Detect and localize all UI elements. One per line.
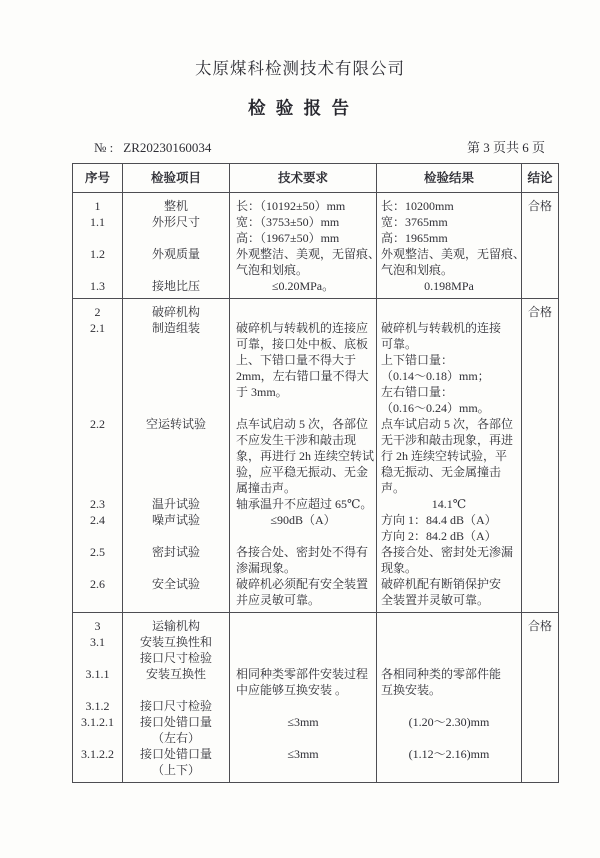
text-line: 高：1965mm xyxy=(377,230,521,246)
seq-cell: 22.12.22.32.42.52.6 xyxy=(73,299,123,612)
item-block: 破碎机配有断销保护安全装置并灵敏可靠。 xyxy=(377,576,521,608)
text-line: 气泡和划痕。 xyxy=(377,262,521,278)
text-line: 密封试验 xyxy=(123,544,229,560)
item-block: 3.1.1 xyxy=(73,666,122,698)
text-line: （0.14～0.18）mm； xyxy=(377,368,521,384)
text-line: 2.4 xyxy=(73,512,122,528)
text-line: 空运转试验 xyxy=(123,416,229,432)
item-block: 温升试验 xyxy=(123,496,229,512)
text-line: 轴承温升不应超过 65℃。 xyxy=(230,496,376,512)
text-line: ≤0.20MPa。 xyxy=(230,278,376,294)
text-line: 外观质量 xyxy=(123,246,229,262)
item-block: 密封试验 xyxy=(123,544,229,576)
item-block xyxy=(230,618,376,634)
item-block: 2.6 xyxy=(73,576,122,608)
conclusion-value: 合格 xyxy=(522,618,558,634)
text-line: 3.1.2.1 xyxy=(73,714,122,730)
text-line: 验，应平稳无振动、无金 xyxy=(230,464,376,480)
text-line: （上下） xyxy=(123,762,229,778)
item-block: 点车试启动 5 次，各部位不应发生干涉和敲击现象，再进行 2h 连续空转试验，应… xyxy=(230,416,376,496)
text-line: 方向 2：84.2 dB（A） xyxy=(377,528,521,544)
column-header-result: 检验结果 xyxy=(377,164,522,192)
item-block: 方向 1：84.4 dB（A）方向 2：84.2 dB（A） xyxy=(377,512,521,544)
item-block: 1.3 xyxy=(73,278,122,294)
item-block: 3.1.2.2 xyxy=(73,746,122,778)
item-block: 1 xyxy=(73,198,122,214)
text-line: 1.3 xyxy=(73,278,122,294)
text-line: 行 2h 连续空转试验，平 xyxy=(377,448,521,464)
result-cell: 各相同种类的零部件能互换安装。(1.20～2.30)mm(1.12～2.16)m… xyxy=(377,613,522,782)
text-line: 相同种类零部件安装过程 xyxy=(230,666,376,682)
item-block: 整机 xyxy=(123,198,229,214)
text-line: 气泡和划痕。 xyxy=(230,262,376,278)
text-line: (1.12～2.16)mm xyxy=(377,746,521,762)
column-header-conclusion: 结论 xyxy=(522,164,558,192)
item-block: ≤90dB（A） xyxy=(230,512,376,544)
section-row-1: 11.11.21.3整机外形尺寸外观质量接地比压长：（10192±50）mm宽：… xyxy=(73,192,558,298)
conclusion-cell: 合格 xyxy=(522,299,558,612)
text-line: 3.1.2.2 xyxy=(73,746,122,762)
item-block: 2 xyxy=(73,304,122,320)
text-line: 3.1 xyxy=(73,634,122,650)
text-line: 整机 xyxy=(123,198,229,214)
text-line: 3.1.2 xyxy=(73,698,122,714)
report-number-value: ZR20230160034 xyxy=(123,140,211,155)
item-block: ≤3mm xyxy=(230,746,376,778)
text-line: 2.6 xyxy=(73,576,122,592)
item-block: 破碎机与转载机的连接可靠。上下错口量：（0.14～0.18）mm；左右错口量：（… xyxy=(377,320,521,416)
item-block: 宽：3765mm高：1965mm xyxy=(377,214,521,246)
text-line: 点车试启动 5 次，各部位 xyxy=(230,416,376,432)
text-line: 长：10200mm xyxy=(377,198,521,214)
item-block: 外观整洁、美观，无留痕、气泡和划痕。 xyxy=(230,246,376,278)
text-line: 1.2 xyxy=(73,246,122,262)
column-header-seq: 序号 xyxy=(73,164,123,192)
section-row-2: 22.12.22.32.42.52.6破碎机构制造组装空运转试验温升试验噪声试验… xyxy=(73,298,558,612)
item-block: 破碎机必须配有安全装置并应灵敏可靠。 xyxy=(230,576,376,608)
text-line: 属撞击声。 xyxy=(230,480,376,496)
text-line: 破碎机构 xyxy=(123,304,229,320)
text-line: 无干涉和敲击现象，再进 xyxy=(377,432,521,448)
text-line: 接口尺寸检验 xyxy=(123,698,229,714)
item-block: 3.1.2.1 xyxy=(73,714,122,746)
item-cell: 运输机构安装互换性和接口尺寸检验安装互换性接口尺寸检验接口处错口量（左右）接口处… xyxy=(123,613,230,782)
text-line: 温升试验 xyxy=(123,496,229,512)
text-line: 运输机构 xyxy=(123,618,229,634)
conclusion-value: 合格 xyxy=(522,304,558,320)
item-block: 安装互换性 xyxy=(123,666,229,698)
requirement-cell: 破碎机与转载机的连接应可靠，接口处中板、底板上、下错口量不得大于2mm，左右错口… xyxy=(230,299,377,612)
item-block: 接地比压 xyxy=(123,278,229,294)
item-block: 外观质量 xyxy=(123,246,229,278)
item-block: 破碎机构 xyxy=(123,304,229,320)
item-block: 0.198MPa xyxy=(377,278,521,294)
item-block xyxy=(230,634,376,666)
item-block: 空运转试验 xyxy=(123,416,229,496)
table-header-row: 序号检验项目技术要求检验结果结论 xyxy=(73,164,558,192)
item-block: 各相同种类的零部件能互换安装。 xyxy=(377,666,521,698)
item-block: 安装互换性和接口尺寸检验 xyxy=(123,634,229,666)
text-line: 2 xyxy=(73,304,122,320)
item-block: 接口处错口量（左右） xyxy=(123,714,229,746)
text-line: 噪声试验 xyxy=(123,512,229,528)
text-line: 0.198MPa xyxy=(377,278,521,294)
report-title: 检 验 报 告 xyxy=(0,95,600,120)
item-block: 安全试验 xyxy=(123,576,229,608)
text-line: 2.1 xyxy=(73,320,122,336)
result-cell: 长：10200mm宽：3765mm高：1965mm外观整洁、美观，无留痕、气泡和… xyxy=(377,193,522,298)
text-line: 现象。 xyxy=(377,560,521,576)
text-line: 外形尺寸 xyxy=(123,214,229,230)
text-line: 各接合处、密封处无渗漏 xyxy=(377,544,521,560)
text-line: 3 xyxy=(73,618,122,634)
text-line: 安全试验 xyxy=(123,576,229,592)
text-line: 不应发生干涉和敲击现 xyxy=(230,432,376,448)
text-line: 高：（1967±50）mm xyxy=(230,230,376,246)
seq-cell: 33.13.1.13.1.23.1.2.13.1.2.2 xyxy=(73,613,123,782)
company-name: 太原煤科检测技术有限公司 xyxy=(0,55,600,79)
text-line: ≤3mm xyxy=(230,714,376,730)
item-block: 3 xyxy=(73,618,122,634)
item-block: 接口处错口量（上下） xyxy=(123,746,229,778)
item-block: 点车试启动 5 次，各部位无干涉和敲击现象，再进行 2h 连续空转试验，平稳无振… xyxy=(377,416,521,496)
text-line: 3.1.1 xyxy=(73,666,122,682)
item-cell: 整机外形尺寸外观质量接地比压 xyxy=(123,193,230,298)
text-line: 2.2 xyxy=(73,416,122,432)
requirement-cell: 相同种类零部件安装过程中应能够互换安装 。≤3mm≤3mm xyxy=(230,613,377,782)
requirement-cell: 长：（10192±50）mm宽：（3753±50）mm高：（1967±50）mm… xyxy=(230,193,377,298)
column-header-requirement: 技术要求 xyxy=(230,164,377,192)
text-line: 接地比压 xyxy=(123,278,229,294)
text-line: （左右） xyxy=(123,730,229,746)
text-line: 破碎机与转载机的连接应 xyxy=(230,320,376,336)
item-block: 各接合处、密封处无渗漏现象。 xyxy=(377,544,521,576)
text-line: 方向 1：84.4 dB（A） xyxy=(377,512,521,528)
item-block xyxy=(230,698,376,714)
text-line: 各相同种类的零部件能 xyxy=(377,666,521,682)
text-line: 制造组装 xyxy=(123,320,229,336)
text-line: （0.16～0.24）mm。 xyxy=(377,400,521,416)
item-block: 14.1℃ xyxy=(377,496,521,512)
item-block: 1.1 xyxy=(73,214,122,246)
item-block: 制造组装 xyxy=(123,320,229,416)
text-line: 2.3 xyxy=(73,496,122,512)
text-line: 接口处错口量 xyxy=(123,714,229,730)
item-cell: 破碎机构制造组装空运转试验温升试验噪声试验密封试验安全试验 xyxy=(123,299,230,612)
report-number-label: № : xyxy=(94,140,113,155)
seq-cell: 11.11.21.3 xyxy=(73,193,123,298)
text-line: 外观整洁、美观，无留痕、 xyxy=(230,246,376,262)
text-line: 上下错口量： xyxy=(377,352,521,368)
conclusion-cell: 合格 xyxy=(522,613,558,782)
report-page: 太原煤科检测技术有限公司 检 验 报 告 № :ZR20230160034 第 … xyxy=(0,0,600,858)
text-line: 接口处错口量 xyxy=(123,746,229,762)
column-header-item: 检验项目 xyxy=(123,164,230,192)
text-line: 互换安装。 xyxy=(377,682,521,698)
text-line: (1.20～2.30)mm xyxy=(377,714,521,730)
item-block: 1.2 xyxy=(73,246,122,278)
text-line: 2.5 xyxy=(73,544,122,560)
item-block: (1.20～2.30)mm xyxy=(377,714,521,746)
report-meta: № :ZR20230160034 第 3 页共 6 页 xyxy=(94,137,545,156)
text-line: 长：（10192±50）mm xyxy=(230,198,376,214)
item-block xyxy=(377,634,521,666)
result-cell: 破碎机与转载机的连接可靠。上下错口量：（0.14～0.18）mm；左右错口量：（… xyxy=(377,299,522,612)
item-block xyxy=(377,618,521,634)
text-line: 于 3mm。 xyxy=(230,384,376,400)
text-line: 安装互换性和 xyxy=(123,634,229,650)
text-line: 声。 xyxy=(377,480,521,496)
text-line: 中应能够互换安装 。 xyxy=(230,682,376,698)
item-block: 3.1.2 xyxy=(73,698,122,714)
item-block: 运输机构 xyxy=(123,618,229,634)
text-line: 安装互换性 xyxy=(123,666,229,682)
item-block: 长：（10192±50）mm xyxy=(230,198,376,214)
text-line: 可靠。 xyxy=(377,336,521,352)
text-line: 接口尺寸检验 xyxy=(123,650,229,666)
item-block: 噪声试验 xyxy=(123,512,229,544)
text-line: 稳无振动、无金属撞击 xyxy=(377,464,521,480)
text-line: 1.1 xyxy=(73,214,122,230)
text-line: 并应灵敏可靠。 xyxy=(230,592,376,608)
item-block: 各接合处、密封处不得有渗漏现象。 xyxy=(230,544,376,576)
text-line: 全装置并灵敏可靠。 xyxy=(377,592,521,608)
text-line: 破碎机必须配有安全装置 xyxy=(230,576,376,592)
item-block: 2.1 xyxy=(73,320,122,416)
conclusion-cell: 合格 xyxy=(522,193,558,298)
item-block xyxy=(377,304,521,320)
item-block: 宽：（3753±50）mm高：（1967±50）mm xyxy=(230,214,376,246)
text-line: 宽：3765mm xyxy=(377,214,521,230)
page-indicator: 第 3 页共 6 页 xyxy=(467,137,545,156)
text-line: 2mm，左右错口量不得大 xyxy=(230,368,376,384)
text-line: 1 xyxy=(73,198,122,214)
item-block: ≤0.20MPa。 xyxy=(230,278,376,294)
section-row-3: 33.13.1.13.1.23.1.2.13.1.2.2运输机构安装互换性和接口… xyxy=(73,612,558,782)
item-block: 破碎机与转载机的连接应可靠，接口处中板、底板上、下错口量不得大于2mm，左右错口… xyxy=(230,320,376,416)
text-line: 各接合处、密封处不得有 xyxy=(230,544,376,560)
item-block: 3.1 xyxy=(73,634,122,666)
item-block: 接口尺寸检验 xyxy=(123,698,229,714)
item-block: ≤3mm xyxy=(230,714,376,746)
item-block: 2.4 xyxy=(73,512,122,544)
item-block: 2.3 xyxy=(73,496,122,512)
item-block: (1.12～2.16)mm xyxy=(377,746,521,778)
text-line: 外观整洁、美观，无留痕、 xyxy=(377,246,521,262)
item-block: 轴承温升不应超过 65℃。 xyxy=(230,496,376,512)
text-line: 上、下错口量不得大于 xyxy=(230,352,376,368)
conclusion-value: 合格 xyxy=(522,198,558,214)
text-line: 破碎机配有断销保护安 xyxy=(377,576,521,592)
report-number: № :ZR20230160034 xyxy=(94,140,211,156)
text-line: 左右错口量： xyxy=(377,384,521,400)
text-line: ≤90dB（A） xyxy=(230,512,376,528)
item-block: 相同种类零部件安装过程中应能够互换安装 。 xyxy=(230,666,376,698)
text-line: 破碎机与转载机的连接 xyxy=(377,320,521,336)
item-block: 外观整洁、美观，无留痕、气泡和划痕。 xyxy=(377,246,521,278)
text-line: 可靠，接口处中板、底板 xyxy=(230,336,376,352)
item-block xyxy=(230,304,376,320)
text-line: 14.1℃ xyxy=(377,496,521,512)
item-block: 2.2 xyxy=(73,416,122,496)
text-line: 象，再进行 2h 连续空转试 xyxy=(230,448,376,464)
text-line: 渗漏现象。 xyxy=(230,560,376,576)
item-block: 长：10200mm xyxy=(377,198,521,214)
item-block xyxy=(377,698,521,714)
item-block: 外形尺寸 xyxy=(123,214,229,246)
inspection-table: 序号检验项目技术要求检验结果结论11.11.21.3整机外形尺寸外观质量接地比压… xyxy=(72,163,559,783)
text-line: 宽：（3753±50）mm xyxy=(230,214,376,230)
text-line: 点车试启动 5 次，各部位 xyxy=(377,416,521,432)
text-line: ≤3mm xyxy=(230,746,376,762)
item-block: 2.5 xyxy=(73,544,122,576)
